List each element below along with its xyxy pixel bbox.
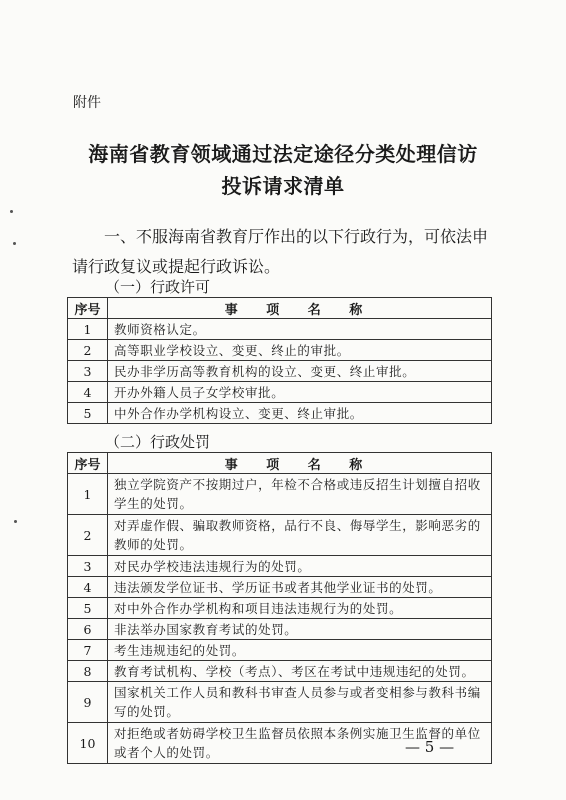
- row-number: 6: [68, 619, 108, 640]
- intro-paragraph: 一、不服海南省教育厅作出的以下行政行为，可依法申请行政复议或提起行政诉讼。: [72, 222, 497, 282]
- row-item: 教育考试机构、学校（考点）、考区在考试中违规违纪的处罚。: [108, 661, 492, 682]
- scan-speck: [13, 242, 16, 245]
- row-item: 对中外合作办学机构和项目违法违规行为的处罚。: [108, 598, 492, 619]
- table-row: 3民办非学历高等教育机构的设立、变更、终止审批。: [68, 361, 492, 382]
- row-number: 4: [68, 577, 108, 598]
- document-title-line2: 投诉请求清单: [0, 170, 566, 199]
- row-number: 8: [68, 661, 108, 682]
- row-item: 中外合作办学机构设立、变更、终止审批。: [108, 403, 492, 424]
- row-number: 9: [68, 682, 108, 723]
- section-heading-licensing: （一）行政许可: [105, 276, 210, 297]
- table-row: 2高等职业学校设立、变更、终止的审批。: [68, 340, 492, 361]
- section-heading-penalties: （二）行政处罚: [105, 431, 210, 452]
- table-row: 6非法举办国家教育考试的处罚。: [68, 619, 492, 640]
- row-item: 民办非学历高等教育机构的设立、变更、终止审批。: [108, 361, 492, 382]
- table-row: 3对民办学校违法违规行为的处罚。: [68, 556, 492, 577]
- row-item: 开办外籍人员子女学校审批。: [108, 382, 492, 403]
- row-number: 3: [68, 556, 108, 577]
- row-number: 5: [68, 598, 108, 619]
- table-row: 5中外合作办学机构设立、变更、终止审批。: [68, 403, 492, 424]
- row-item: 非法举办国家教育考试的处罚。: [108, 619, 492, 640]
- table-row: 1独立学院资产不按期过户，年检不合格或违反招生计划擅自招收学生的处罚。: [68, 474, 492, 515]
- row-item: 教师资格认定。: [108, 319, 492, 340]
- col-header-number: 序号: [68, 453, 108, 474]
- row-number: 7: [68, 640, 108, 661]
- row-number: 5: [68, 403, 108, 424]
- row-number: 3: [68, 361, 108, 382]
- row-number: 2: [68, 340, 108, 361]
- row-number: 2: [68, 515, 108, 556]
- row-number: 1: [68, 474, 108, 515]
- row-item: 国家机关工作人员和教科书审查人员参与或者变相参与教科书编写的处罚。: [108, 682, 492, 723]
- page-number: — 5 —: [405, 738, 454, 756]
- row-item: 对弄虚作假、骗取教师资格，品行不良、侮辱学生，影响恶劣的教师的处罚。: [108, 515, 492, 556]
- scan-speck: [14, 520, 17, 523]
- attachment-label: 附件: [73, 92, 101, 112]
- document-title-line1: 海南省教育领域通过法定途径分类处理信访: [0, 138, 566, 167]
- row-number: 1: [68, 319, 108, 340]
- table-header-row: 序号 事 项 名 称: [68, 453, 492, 474]
- row-item: 对民办学校违法违规行为的处罚。: [108, 556, 492, 577]
- table-row: 9国家机关工作人员和教科书审查人员参与或者变相参与教科书编写的处罚。: [68, 682, 492, 723]
- row-item: 违法颁发学位证书、学历证书或者其他学业证书的处罚。: [108, 577, 492, 598]
- scan-speck: [10, 210, 13, 213]
- table-row: 8教育考试机构、学校（考点）、考区在考试中违规违纪的处罚。: [68, 661, 492, 682]
- table-row: 4开办外籍人员子女学校审批。: [68, 382, 492, 403]
- row-item: 考生违规违纪的处罚。: [108, 640, 492, 661]
- col-header-item: 事 项 名 称: [108, 453, 492, 474]
- table-row: 7考生违规违纪的处罚。: [68, 640, 492, 661]
- col-header-item: 事 项 名 称: [108, 298, 492, 319]
- row-number: 10: [68, 723, 108, 764]
- table-row: 2对弄虚作假、骗取教师资格，品行不良、侮辱学生，影响恶劣的教师的处罚。: [68, 515, 492, 556]
- col-header-number: 序号: [68, 298, 108, 319]
- licensing-table: 序号 事 项 名 称 1教师资格认定。 2高等职业学校设立、变更、终止的审批。 …: [67, 297, 492, 424]
- table-row: 1教师资格认定。: [68, 319, 492, 340]
- row-item: 高等职业学校设立、变更、终止的审批。: [108, 340, 492, 361]
- table-row: 5对中外合作办学机构和项目违法违规行为的处罚。: [68, 598, 492, 619]
- row-number: 4: [68, 382, 108, 403]
- row-item: 独立学院资产不按期过户，年检不合格或违反招生计划擅自招收学生的处罚。: [108, 474, 492, 515]
- penalties-table: 序号 事 项 名 称 1独立学院资产不按期过户，年检不合格或违反招生计划擅自招收…: [67, 452, 492, 764]
- table-header-row: 序号 事 项 名 称: [68, 298, 492, 319]
- table-row: 4违法颁发学位证书、学历证书或者其他学业证书的处罚。: [68, 577, 492, 598]
